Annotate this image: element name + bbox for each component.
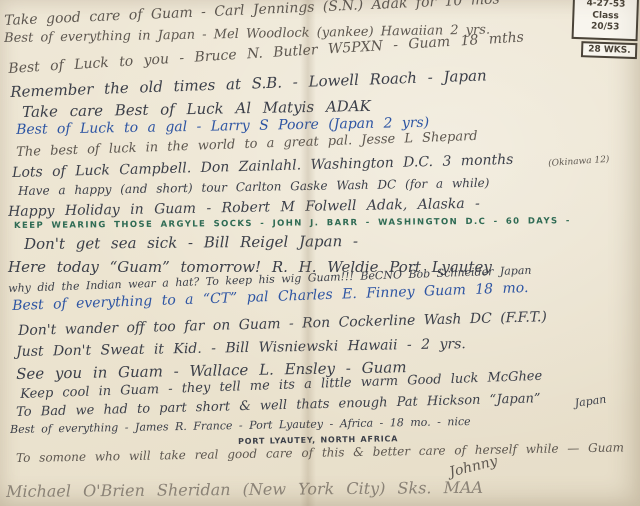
handwritten-line: Michael O'Brien Sheridan (New York City)…: [6, 479, 483, 501]
handwritten-line: Don't get sea sick - Bill Reigel Japan -: [24, 233, 358, 252]
handwritten-line: To somone who will take real good care o…: [16, 441, 624, 465]
date-stamp: 4-27-53 Class 20/53 28 WKS.: [570, 0, 639, 59]
handwritten-line: Johnny: [448, 454, 499, 481]
handwritten-line: Have a happy (and short) tour Carlton Ga…: [18, 177, 490, 198]
handwritten-line: (Okinawa 12): [548, 156, 610, 170]
handwritten-line: KEEP WEARING THOSE ARGYLE SOCKS - JOHN J…: [14, 217, 571, 231]
handwritten-line: Just Don't Sweat it Kid. - Bill Wisniews…: [16, 337, 466, 360]
date-stamp-box: 4-27-53 Class 20/53: [571, 0, 639, 41]
handwritten-line: Best of everything - James R. France - P…: [10, 416, 471, 436]
stamp-class-number: 20/53: [579, 21, 630, 34]
handwritten-line: Don't wander off too far on Guam - Ron C…: [18, 310, 547, 339]
stamp-date: 4-27-53: [580, 0, 631, 12]
handwritten-line: Japan: [574, 394, 607, 410]
scanned-page: Take good care of Guam - Carl Jennings (…: [0, 0, 640, 506]
stamp-weeks: 28 WKS.: [580, 41, 637, 59]
